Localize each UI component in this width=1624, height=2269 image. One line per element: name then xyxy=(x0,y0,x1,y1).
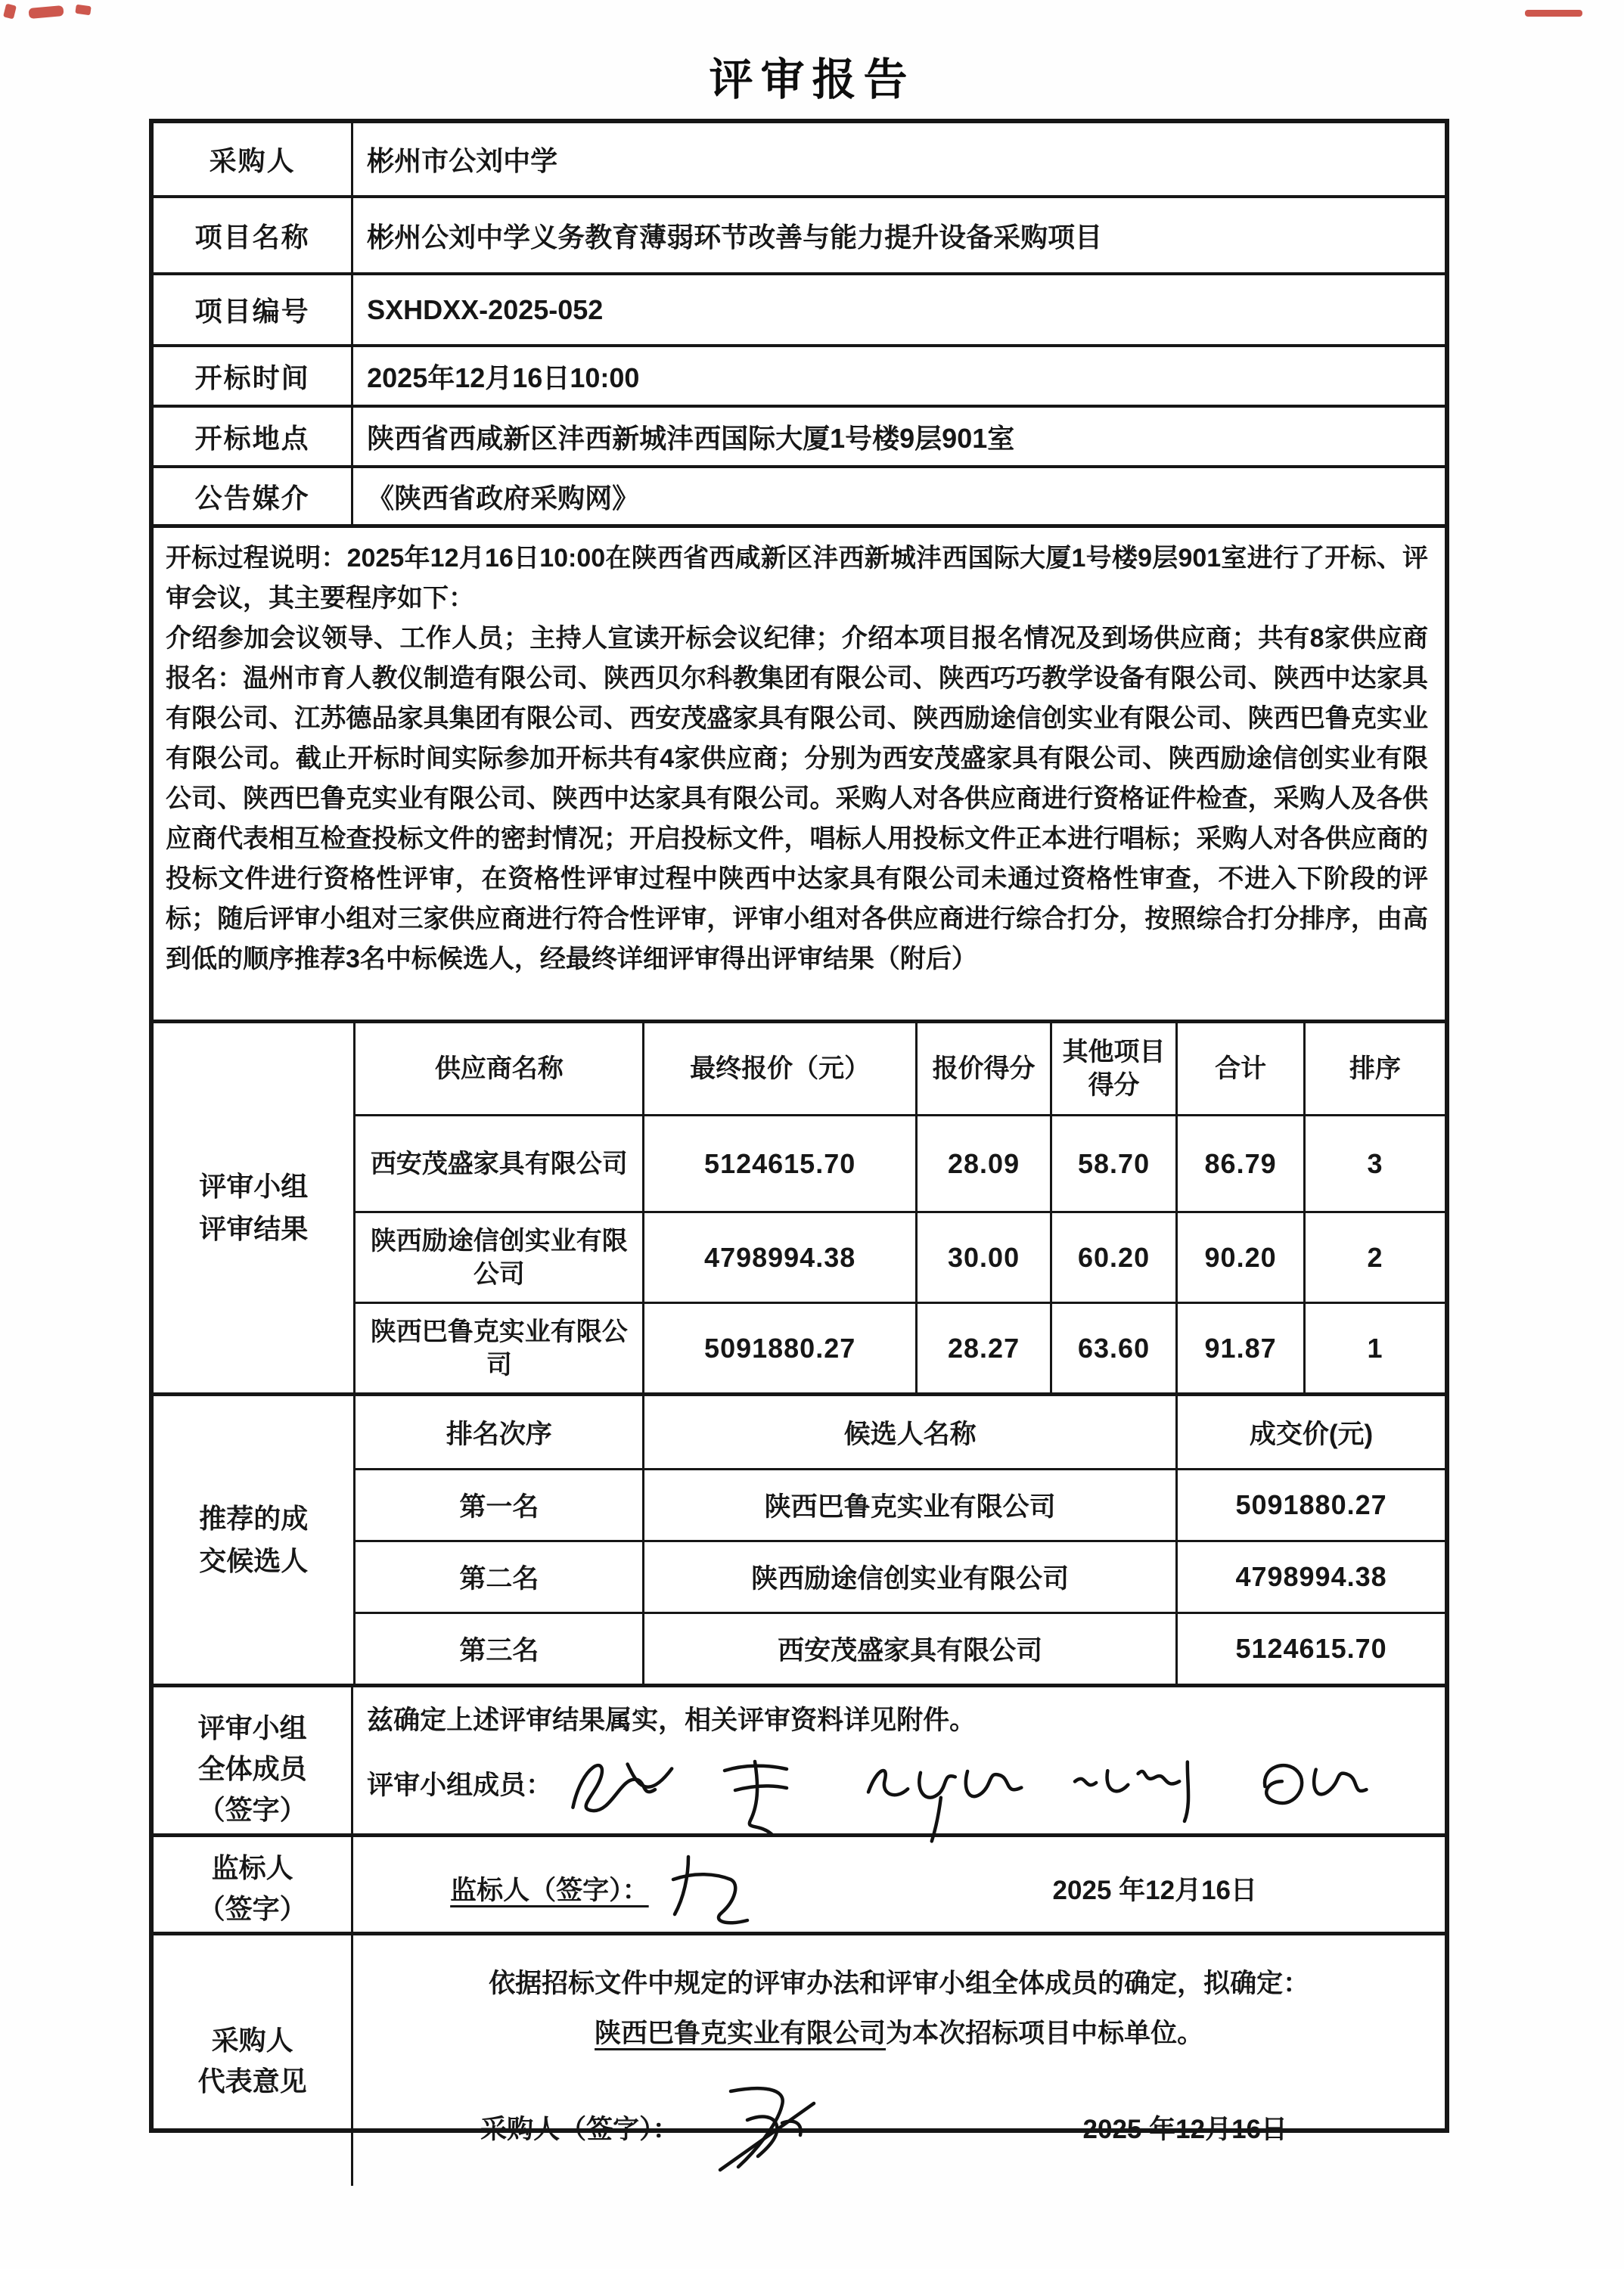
supplier-name: 陕西励途信创实业有限公司 xyxy=(353,1211,642,1302)
other-score: 63.60 xyxy=(1050,1302,1175,1392)
purchaser-sign-label: 采购人（签字）： xyxy=(480,2109,679,2146)
other-score: 58.70 xyxy=(1050,1114,1175,1211)
opening-place-label: 开标地点 xyxy=(154,408,353,465)
red-scan-mark xyxy=(28,5,64,19)
opening-place-value: 陕西省西咸新区沣西新城沣西国际大厦1号楼9层901室 xyxy=(353,408,1445,465)
other-score: 60.20 xyxy=(1050,1211,1175,1302)
handwritten-signature xyxy=(1058,1741,1222,1848)
supervisor-section-label: 监标人 （签字） xyxy=(154,1837,353,1939)
purchaser-label-line: 代表意见 xyxy=(198,2061,307,2102)
project-name-value: 彬州公刘中学义务教育薄弱环节改善与能力提升设备采购项目 xyxy=(353,198,1445,272)
opinion-line2: 陕西巴鲁克实业有限公司为本次招标项目中标单位。 xyxy=(367,2013,1431,2050)
handwritten-signature xyxy=(1237,1741,1378,1846)
announce-media-label: 公告媒介 xyxy=(154,468,353,524)
panel-label-line: （签字） xyxy=(198,1789,307,1830)
column-header-price-score: 报价得分 xyxy=(915,1023,1050,1114)
supplier-name: 陕西巴鲁克实业有限公司 xyxy=(353,1302,642,1392)
panel-signature-section: 评审小组 全体成员 （签字） 兹确定上述评审结果属实，相关评审资料详见附件。 评… xyxy=(154,1684,1445,1833)
bid-opening-process: 开标过程说明：2025年12月16日10:00在陕西省西咸新区沣西新城沣西国际大… xyxy=(154,524,1445,1020)
candidate-rank: 第三名 xyxy=(353,1612,642,1684)
process-paragraph: 介绍参加会议领导、工作人员；主持人宣读开标会议纪律；介绍本项目报名情况及到场供应… xyxy=(166,619,1428,979)
final-price: 5091880.27 xyxy=(642,1302,915,1392)
purchaser-opinion-section: 采购人 代表意见 依据招标文件中规定的评审办法和评审小组全体成员的确定，拟确定：… xyxy=(154,1932,1445,2128)
supervisor-label-line: （签字） xyxy=(198,1889,307,1929)
handwritten-signature xyxy=(711,1745,832,1843)
supplier-name: 西安茂盛家具有限公司 xyxy=(353,1114,642,1211)
opening-time-value: 2025年12月16日10:00 xyxy=(353,347,1445,405)
purchaser-opinion-content: 依据招标文件中规定的评审办法和评审小组全体成员的确定，拟确定： 陕西巴鲁克实业有… xyxy=(353,1935,1445,2186)
opening-time-label: 开标时间 xyxy=(154,347,353,405)
confirmation-statement: 兹确定上述评审结果属实，相关评审资料详见附件。 xyxy=(367,1699,1431,1737)
process-paragraph: 开标过程说明：2025年12月16日10:00在陕西省西咸新区沣西新城沣西国际大… xyxy=(166,539,1428,619)
red-scan-mark xyxy=(75,5,91,16)
candidate-rank: 第二名 xyxy=(353,1540,642,1612)
members-label: 评审小组成员： xyxy=(367,1745,552,1802)
purchaser-section-label: 采购人 代表意见 xyxy=(154,1935,353,2186)
project-number-label: 项目编号 xyxy=(154,275,353,344)
rank-value: 3 xyxy=(1303,1114,1445,1211)
price-score: 30.00 xyxy=(915,1211,1050,1302)
panel-signatures xyxy=(555,1745,1375,1843)
supervisor-sign-label: 监标人（签字）： xyxy=(450,1870,649,1907)
final-price: 4798994.38 xyxy=(642,1211,915,1302)
column-header-rank: 排序 xyxy=(1303,1023,1445,1114)
rank-value: 1 xyxy=(1303,1302,1445,1392)
red-scan-mark xyxy=(1525,10,1582,17)
evaluation-results-table: 评审小组评审结果 供应商名称 最终报价（元） 报价得分 其他项目得分 合计 排序… xyxy=(154,1020,1445,1392)
opinion-line1: 依据招标文件中规定的评审办法和评审小组全体成员的确定，拟确定： xyxy=(367,1963,1431,2001)
candidates-section-label: 推荐的成交候选人 xyxy=(154,1396,353,1684)
opinion-line2-rest: 为本次招标项目中标单位。 xyxy=(886,2019,1203,2048)
table-row: 开标时间 2025年12月16日10:00 xyxy=(154,344,1445,405)
project-name-label: 项目名称 xyxy=(154,198,353,272)
supervisor-label-line: 监标人 xyxy=(212,1848,293,1889)
project-info-table: 采购人 彬州市公刘中学 项目名称 彬州公刘中学义务教育薄弱环节改善与能力提升设备… xyxy=(154,123,1445,524)
table-row: 项目名称 彬州公刘中学义务教育薄弱环节改善与能力提升设备采购项目 xyxy=(154,195,1445,272)
handwritten-signature xyxy=(684,2076,843,2178)
table-row: 公告媒介 《陕西省政府采购网》 xyxy=(154,465,1445,524)
total-score: 91.87 xyxy=(1175,1302,1303,1392)
candidate-name: 陕西励途信创实业有限公司 xyxy=(642,1540,1175,1612)
page-title: 评审报告 xyxy=(0,44,1624,107)
candidate-price: 5124615.70 xyxy=(1175,1612,1445,1684)
table-row: 开标地点 陕西省西咸新区沣西新城沣西国际大厦1号楼9层901室 xyxy=(154,405,1445,465)
panel-label-line: 全体成员 xyxy=(198,1749,307,1789)
final-price: 5124615.70 xyxy=(642,1114,915,1211)
column-header-final-price: 最终报价（元） xyxy=(642,1023,915,1114)
column-header-candidate-name: 候选人名称 xyxy=(642,1396,1175,1468)
purchaser-date: 2025 年12月16日 xyxy=(1083,2109,1287,2146)
purchaser-label: 采购人 xyxy=(154,123,353,195)
table-row: 项目编号 SXHDXX-2025-052 xyxy=(154,272,1445,344)
rank-value: 2 xyxy=(1303,1211,1445,1302)
announce-media-value: 《陕西省政府采购网》 xyxy=(353,468,1445,524)
panel-label-line: 评审小组 xyxy=(198,1708,307,1749)
table-row: 采购人 彬州市公刘中学 xyxy=(154,123,1445,195)
supervisor-signature-content: 监标人（签字）： 2025 年12月16日 xyxy=(353,1837,1445,1939)
candidate-name: 陕西巴鲁克实业有限公司 xyxy=(642,1468,1175,1540)
supervisor-signature-section: 监标人 （签字） 监标人（签字）： 2025 年12月16日 xyxy=(154,1833,1445,1932)
supervisor-date: 2025 年12月16日 xyxy=(1053,1870,1257,1907)
total-score: 86.79 xyxy=(1175,1114,1303,1211)
candidate-rank: 第一名 xyxy=(353,1468,642,1540)
handwritten-signature xyxy=(850,1742,1042,1847)
project-number-value: SXHDXX-2025-052 xyxy=(353,275,1445,344)
panel-signature-content: 兹确定上述评审结果属实，相关评审资料详见附件。 评审小组成员： xyxy=(353,1687,1445,1851)
price-score: 28.09 xyxy=(915,1114,1050,1211)
handwritten-signature xyxy=(552,1740,694,1840)
handwritten-signature xyxy=(655,1845,769,1932)
candidate-name: 西安茂盛家具有限公司 xyxy=(642,1612,1175,1684)
report-table: 采购人 彬州市公刘中学 项目名称 彬州公刘中学义务教育薄弱环节改善与能力提升设备… xyxy=(149,119,1449,2133)
purchaser-label-line: 采购人 xyxy=(212,2020,293,2061)
evaluation-section-label: 评审小组评审结果 xyxy=(154,1023,353,1392)
total-score: 90.20 xyxy=(1175,1211,1303,1302)
column-header-rank-order: 排名次序 xyxy=(353,1396,642,1468)
column-header-supplier: 供应商名称 xyxy=(353,1023,642,1114)
price-score: 28.27 xyxy=(915,1302,1050,1392)
red-scan-mark xyxy=(3,4,17,20)
column-header-deal-price: 成交价(元) xyxy=(1175,1396,1445,1468)
candidate-price: 5091880.27 xyxy=(1175,1468,1445,1540)
candidate-price: 4798994.38 xyxy=(1175,1540,1445,1612)
column-header-total: 合计 xyxy=(1175,1023,1303,1114)
recommended-candidates-table: 推荐的成交候选人 排名次序 候选人名称 成交价(元) 第一名 陕西巴鲁克实业有限… xyxy=(154,1392,1445,1684)
panel-section-label: 评审小组 全体成员 （签字） xyxy=(154,1687,353,1851)
purchaser-value: 彬州市公刘中学 xyxy=(353,123,1445,195)
document-page: 评审报告 采购人 彬州市公刘中学 项目名称 彬州公刘中学义务教育薄弱环节改善与能… xyxy=(0,0,1624,2269)
winner-company: 陕西巴鲁克实业有限公司 xyxy=(595,2019,886,2048)
column-header-other-score: 其他项目得分 xyxy=(1050,1023,1175,1114)
